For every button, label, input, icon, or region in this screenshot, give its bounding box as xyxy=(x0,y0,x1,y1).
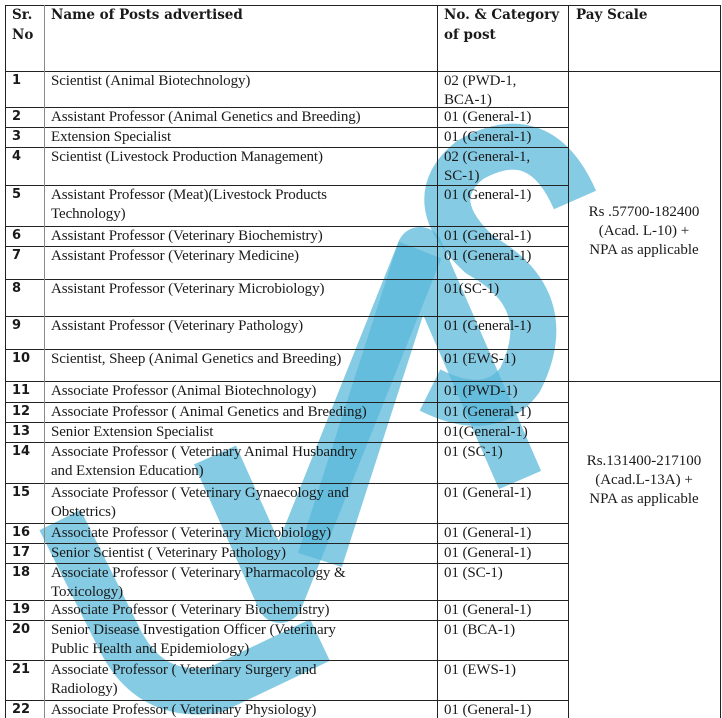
post-category: 01 (General-1) xyxy=(444,317,568,336)
post-name: Associate Professor ( Veterinary Physiol… xyxy=(51,701,436,718)
sr-number: 10 xyxy=(12,350,42,368)
sr-number: 17 xyxy=(12,544,42,562)
post-name: Assistant Professor (Veterinary Patholog… xyxy=(51,317,436,336)
post-category: 01 (General-1) xyxy=(444,544,568,563)
header-pay-scale: Pay Scale xyxy=(576,5,716,25)
pay-scale-group-2: Rs.131400-217100 (Acad.L-13A) + NPA as a… xyxy=(570,452,718,509)
table-rule xyxy=(568,5,569,718)
posts-table: Sr. No Name of Posts advertised No. & Ca… xyxy=(0,0,722,718)
table-rule xyxy=(720,5,721,718)
post-category: 01 (General-1) xyxy=(444,108,568,127)
post-name: Associate Professor ( Animal Genetics an… xyxy=(51,403,436,422)
table-rule xyxy=(5,5,6,718)
table-rule xyxy=(568,381,721,382)
post-name: Assistant Professor (Meat)(Livestock Pro… xyxy=(51,186,436,224)
sr-number: 11 xyxy=(12,382,42,400)
sr-number: 8 xyxy=(12,280,42,298)
sr-number: 7 xyxy=(12,247,42,265)
sr-number: 6 xyxy=(12,227,42,245)
post-name: Assistant Professor (Veterinary Biochemi… xyxy=(51,227,436,246)
post-category: 01 (General-1) xyxy=(444,524,568,543)
post-category: 01 (EWS-1) xyxy=(444,350,568,369)
table-rule xyxy=(437,5,438,718)
post-category: 01 (General-1) xyxy=(444,403,568,422)
post-category: 01 (PWD-1) xyxy=(444,382,568,401)
sr-number: 1 xyxy=(12,72,42,90)
post-category: 01 (BCA-1) xyxy=(444,621,568,640)
post-category: 02 (PWD-1, BCA-1) xyxy=(444,72,568,110)
post-name: Senior Extension Specialist xyxy=(51,423,436,442)
sr-number: 21 xyxy=(12,661,42,679)
post-name: Scientist (Animal Biotechnology) xyxy=(51,72,436,91)
sr-number: 4 xyxy=(12,148,42,166)
table-rule xyxy=(44,5,45,718)
post-name: Associate Professor ( Veterinary Biochem… xyxy=(51,601,436,620)
post-category: 01 (General-1) xyxy=(444,247,568,266)
post-category: 01 (General-1) xyxy=(444,601,568,620)
sr-number: 16 xyxy=(12,524,42,542)
post-category: 01 (SC-1) xyxy=(444,443,568,462)
header-category: No. & Category of post xyxy=(444,5,568,45)
post-category: 01(General-1) xyxy=(444,423,568,442)
post-name: Associate Professor ( Veterinary Pharmac… xyxy=(51,564,436,602)
sr-number: 5 xyxy=(12,186,42,204)
header-post-name: Name of Posts advertised xyxy=(51,5,431,25)
post-category: 01 (General-1) xyxy=(444,186,568,205)
sr-number: 15 xyxy=(12,484,42,502)
post-name: Scientist, Sheep (Animal Genetics and Br… xyxy=(51,350,436,369)
post-name: Senior Disease Investigation Officer (Ve… xyxy=(51,621,436,659)
post-category: 01 (SC-1) xyxy=(444,564,568,583)
sr-number: 20 xyxy=(12,621,42,639)
sr-number: 12 xyxy=(12,403,42,421)
sr-number: 2 xyxy=(12,108,42,126)
post-category: 01(SC-1) xyxy=(444,280,568,299)
sr-number: 22 xyxy=(12,701,42,718)
post-name: Associate Professor ( Veterinary Surgery… xyxy=(51,661,436,699)
post-name: Scientist (Livestock Production Manageme… xyxy=(51,148,436,167)
sr-number: 18 xyxy=(12,564,42,582)
post-name: Assistant Professor (Veterinary Medicine… xyxy=(51,247,436,266)
post-name: Associate Professor ( Veterinary Animal … xyxy=(51,443,436,481)
post-category: 01 (General-1) xyxy=(444,128,568,147)
post-name: Associate Professor ( Veterinary Gynaeco… xyxy=(51,484,436,522)
post-category: 01 (General-1) xyxy=(444,227,568,246)
post-name: Associate Professor (Animal Biotechnolog… xyxy=(51,382,436,401)
pay-scale-group-1: Rs .57700-182400 (Acad. L-10) + NPA as a… xyxy=(570,203,718,260)
header-sr-no: Sr. No xyxy=(12,5,44,45)
post-name: Assistant Professor (Veterinary Microbio… xyxy=(51,280,436,299)
post-category: 01 (EWS-1) xyxy=(444,661,568,680)
post-name: Extension Specialist xyxy=(51,128,436,147)
post-category: 01 (General-1) xyxy=(444,484,568,503)
sr-number: 13 xyxy=(12,423,42,441)
post-name: Associate Professor ( Veterinary Microbi… xyxy=(51,524,436,543)
sr-number: 19 xyxy=(12,601,42,619)
post-name: Senior Scientist ( Veterinary Pathology) xyxy=(51,544,436,563)
post-category: 01 (General-1) xyxy=(444,701,568,718)
post-category: 02 (General-1, SC-1) xyxy=(444,148,568,186)
post-name: Assistant Professor (Animal Genetics and… xyxy=(51,108,436,127)
sr-number: 9 xyxy=(12,317,42,335)
sr-number: 14 xyxy=(12,443,42,461)
sr-number: 3 xyxy=(12,128,42,146)
